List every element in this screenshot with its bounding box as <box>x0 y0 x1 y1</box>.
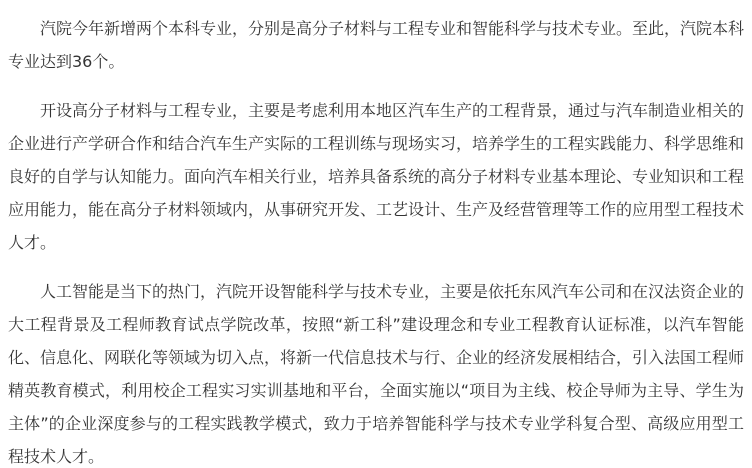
article-body: 汽院今年新增两个本科专业，分别是高分子材料与工程专业和智能科学与技术专业。至此，… <box>0 0 752 468</box>
article-paragraph-intelligent-science-major: 人工智能是当下的热门，汽院开设智能科学与技术专业，主要是依托东风汽车公司和在汉法… <box>8 275 744 468</box>
article-paragraph-polymer-major: 开设高分子材料与工程专业，主要是考虑利用本地区汽车生产的工程背景，通过与汽车制造… <box>8 94 744 259</box>
article-paragraph-intro: 汽院今年新增两个本科专业，分别是高分子材料与工程专业和智能科学与技术专业。至此，… <box>8 12 744 78</box>
